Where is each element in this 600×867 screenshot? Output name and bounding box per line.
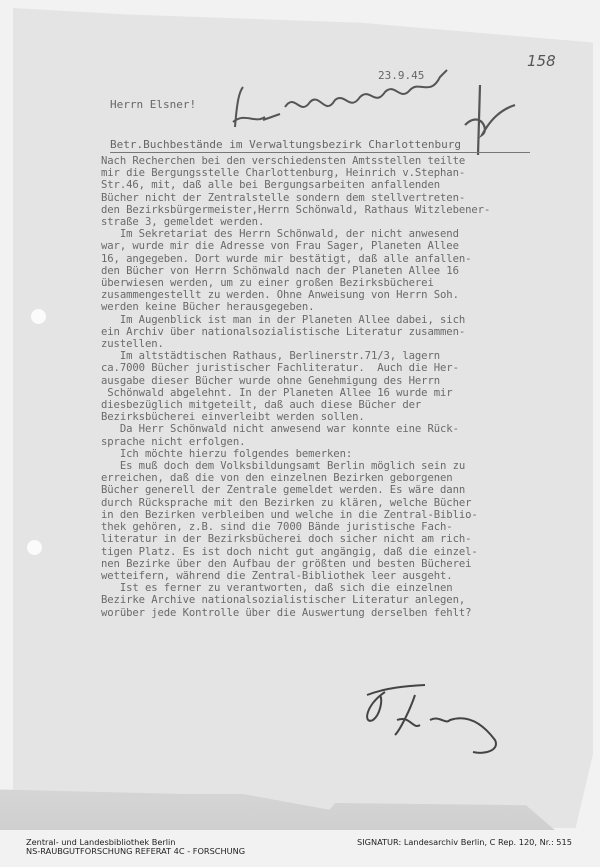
body-line: nen Bezirke über den Aufbau der größten … [101,558,571,570]
body-line: ca.7000 Bücher juristischer Fachliteratu… [101,362,571,374]
body-line: Nach Recherchen bei den verschiedensten … [101,155,571,167]
body-line: Bücher nicht der Zentralstelle sondern d… [101,192,571,204]
body-line: Im Sekretariat des Herrn Schönwald, der … [101,228,571,240]
addressee: Herrn Elsner! [110,98,196,111]
body-line: Im altstädtischen Rathaus, Berlinerstr.7… [101,350,571,362]
body-line: literatur in der Bezirksbücherei doch si… [101,533,571,545]
institution-department: NS-RAUBGUTFORSCHUNG REFERAT 4C - FORSCHU… [26,847,245,856]
body-line: Es muß doch dem Volksbildungsamt Berlin … [101,460,571,472]
body-line: thek gehören, z.B. sind die 7000 Bände j… [101,521,571,533]
body-line: Bücher generell der Zentrale gemeldet we… [101,484,571,496]
body-line: werden keine Bücher herausgegeben. [101,301,571,313]
body-line: Bezirke Archive nationalsozialistischer … [101,594,571,606]
folio-number: 158 [527,52,556,70]
subject-line: Betr.Buchbestände im Verwaltungsbezirk C… [110,138,530,153]
body-line: zusammengestellt zu werden. Ohne Anweisu… [101,289,571,301]
body-line: Ich möchte hierzu folgendes bemerken: [101,448,571,460]
body-line: den Bezirksbürgermeister,Herrn Schönwald… [101,204,571,216]
body-line: sprache nicht erfolgen. [101,436,571,448]
footer-institution: Zentral- und Landesbibliothek Berlin NS-… [26,838,245,856]
body-line: den Bücher von Herrn Schönwald nach der … [101,265,571,277]
body-line: diesbezüglich mitgeteilt, daß auch diese… [101,399,571,411]
body-line: Da Herr Schönwald nicht anwesend war kon… [101,423,571,435]
punch-hole-top [31,309,46,324]
body-line: Bezirksbücherei einverleibt werden solle… [101,411,571,423]
body-line: in den Bezirken verbleiben und welche in… [101,509,571,521]
body-line: Im Augenblick ist man in der Planeten Al… [101,314,571,326]
body-line: war, wurde mir die Adresse von Frau Sage… [101,240,571,252]
body-line: erreichen, daß die von den einzelnen Bez… [101,472,571,484]
body-line: 16, angegeben. Dort wurde mir bestätigt,… [101,253,571,265]
body-line: straße 3, gemeldet werden. [101,216,571,228]
body-line: zustellen. [101,338,571,350]
body-line: durch Rücksprache mit den Bezirken zu kl… [101,497,571,509]
archive-signatur: SIGNATUR: Landesarchiv Berlin, C Rep. 12… [357,838,572,847]
punch-hole-bottom [27,540,42,555]
body-line: worüber jede Kontrolle über die Auswertu… [101,607,571,619]
body-line: tigen Platz. Es ist doch nicht gut angän… [101,546,571,558]
body-line: Ist es ferner zu verantworten, daß sich … [101,582,571,594]
handwritten-annotation [225,62,465,142]
body-line: Schönwald abgelehnt. In der Planeten All… [101,387,571,399]
body-line: überwiesen werden, um zu einer großen Be… [101,277,571,289]
signature [355,680,515,760]
body-line: Str.46, mit, daß alle bei Bergungsarbeit… [101,179,571,191]
body-line: ausgabe dieser Bücher wurde ohne Genehmi… [101,375,571,387]
letter-body: Nach Recherchen bei den verschiedensten … [101,155,571,619]
body-line: wetteifern, während die Zentral-Biblioth… [101,570,571,582]
body-line: mir die Bergungsstelle Charlottenburg, H… [101,167,571,179]
body-line: ein Archiv über nationalsozialistische L… [101,326,571,338]
